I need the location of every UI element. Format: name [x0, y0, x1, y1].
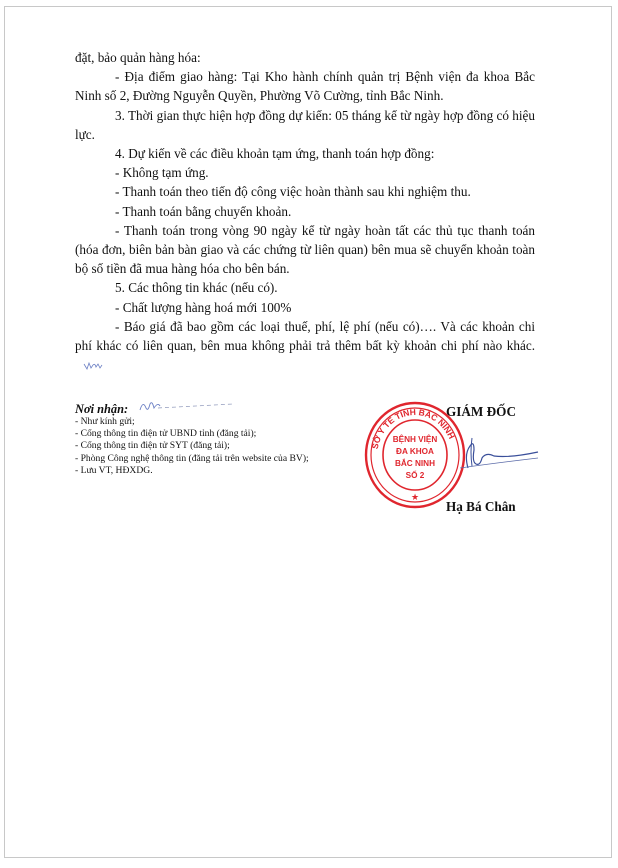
stamp-line: BẮC NINH [395, 458, 435, 468]
paragraph: 5. Các thông tin khác (nếu có). [75, 278, 535, 297]
signatory-title: GIÁM ĐỐC [446, 404, 516, 420]
paragraph: - Không tạm ứng. [75, 163, 535, 182]
paragraph: 3. Thời gian thực hiện hợp đồng dự kiến:… [75, 106, 535, 144]
paragraph: - Địa điểm giao hàng: Tại Kho hành chính… [75, 67, 535, 105]
recipient-initial-signature-icon [138, 398, 238, 418]
document-body: đặt, bảo quản hàng hóa: - Địa điểm giao … [75, 48, 535, 374]
stamp-line: SỐ 2 [406, 469, 425, 480]
recipient-item: - Cổng thông tin điện tử UBND tỉnh (đăng… [75, 428, 365, 440]
stamp-line: BỆNH VIỆN [393, 433, 438, 444]
recipient-item: - Phòng Công nghệ thông tin (đăng tải tr… [75, 453, 365, 465]
paragraph-text: - Báo giá đã bao gồm các loại thuế, phí,… [75, 319, 535, 353]
paragraph: - Thanh toán theo tiến độ công việc hoàn… [75, 182, 535, 201]
paragraph: 4. Dự kiến về các điều khoản tạm ứng, th… [75, 144, 535, 163]
paragraph: - Thanh toán bằng chuyển khoản. [75, 202, 535, 221]
initial-signature-icon [83, 361, 103, 371]
stamp-line: ĐA KHOA [396, 447, 434, 456]
paragraph-last: - Báo giá đã bao gồm các loại thuế, phí,… [75, 317, 535, 375]
recipient-item: - Lưu VT, HĐXDG. [75, 465, 365, 477]
paragraph: - Thanh toán trong vòng 90 ngày kể từ ng… [75, 221, 535, 279]
signatory-name: Hạ Bá Chân [446, 499, 516, 515]
director-signature-icon [460, 428, 540, 478]
recipient-item: - Cổng thông tin điện tử SYT (đăng tải); [75, 440, 365, 452]
paragraph: đặt, bảo quản hàng hóa: [75, 48, 535, 67]
paragraph: - Chất lượng hàng hoá mới 100% [75, 298, 535, 317]
svg-text:★: ★ [411, 492, 419, 502]
